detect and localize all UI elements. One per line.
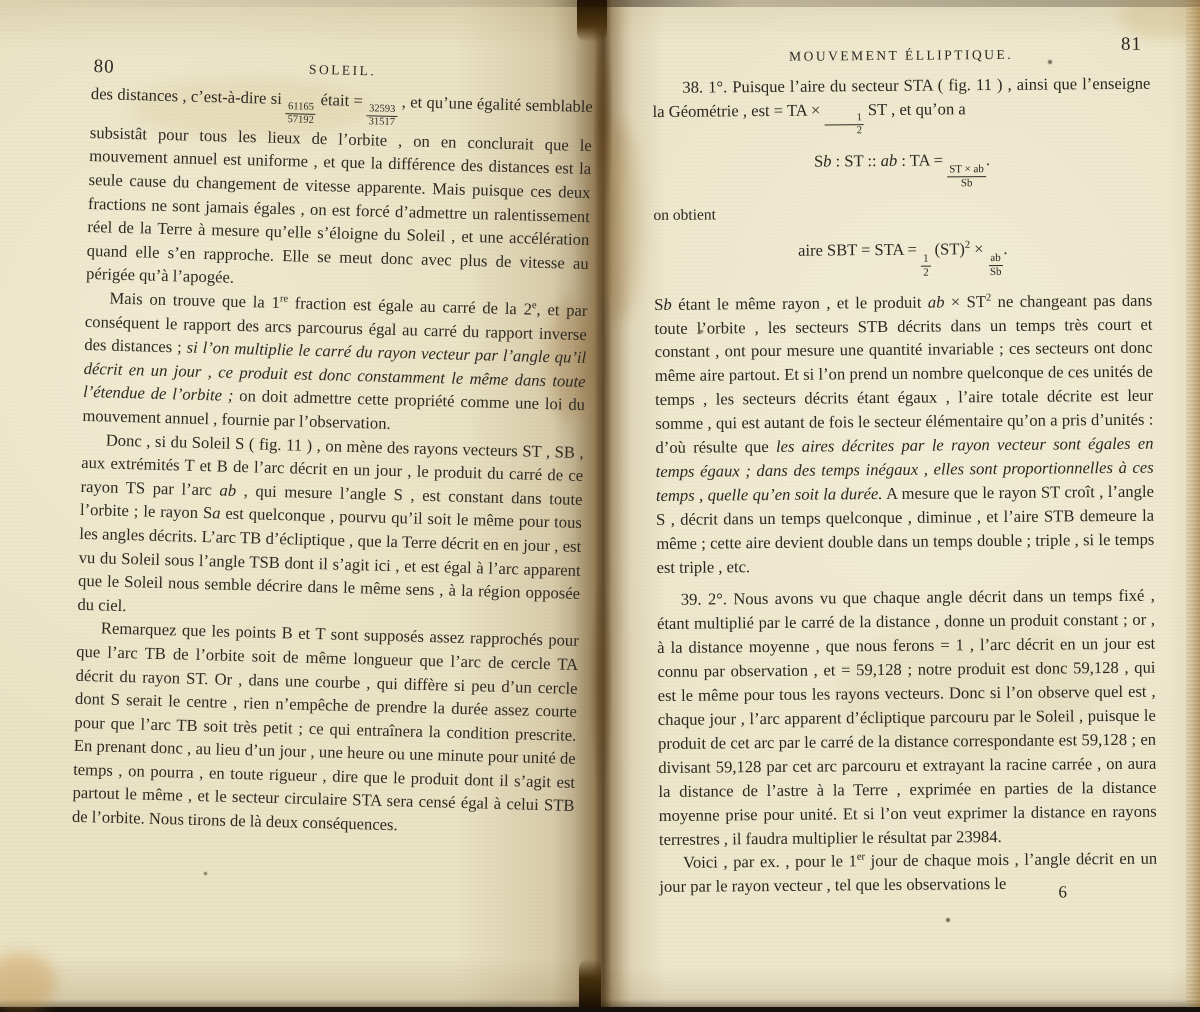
- paragraph-text: 39. 2°. Nous avons vu que chaque angle d…: [657, 584, 1157, 851]
- paragraph-text: Voici , par ex. , pour le 1er jour de ch…: [659, 847, 1157, 899]
- book-photo: 80 SOLEIL. des distances , c’est-à-dire …: [0, 0, 1200, 1007]
- page-number-right: 81: [1121, 34, 1142, 56]
- paragraph-text: Sb étant le même rayon , et le produit a…: [654, 288, 1154, 579]
- paragraph-text: Mais on trouve que la 1re fraction est é…: [82, 286, 588, 441]
- photo-edge-bottom: [0, 999, 1200, 1007]
- foxing-speck: [204, 872, 207, 875]
- formula-proportion: Sb : ST :: ab : TA = ST × abSb.: [653, 145, 1151, 192]
- photo-edge-top: [0, 0, 1200, 7]
- signature-mark: 6: [1058, 882, 1067, 902]
- running-title-right: MOUVEMENT ÉLLIPTIQUE.: [652, 46, 1150, 66]
- paragraph-text: Remarquez que les points B et T sont sup…: [72, 616, 579, 841]
- right-page-text: MOUVEMENT ÉLLIPTIQUE. 81 38. 1°. Puisque…: [652, 42, 1157, 900]
- right-page-header: MOUVEMENT ÉLLIPTIQUE. 81: [652, 42, 1150, 76]
- page-fore-edge: [1186, 0, 1200, 1007]
- obtain-label: on obtient: [653, 199, 1151, 227]
- left-page-text: 80 SOLEIL. des distances , c’est-à-dire …: [72, 52, 594, 842]
- paragraph-text: Donc , si du Soleil S ( fig. 11 ) , on m…: [77, 427, 584, 629]
- foxing-speck: [946, 918, 950, 922]
- paragraph-text: 38. 1°. Puisque l’aire du secteur STA ( …: [652, 72, 1151, 139]
- formula-area: aire SBT = STA = 12 (ST)2 × abSb.: [654, 234, 1152, 281]
- paragraph-text: des distances , c’est-à-dire si 61165571…: [86, 82, 593, 299]
